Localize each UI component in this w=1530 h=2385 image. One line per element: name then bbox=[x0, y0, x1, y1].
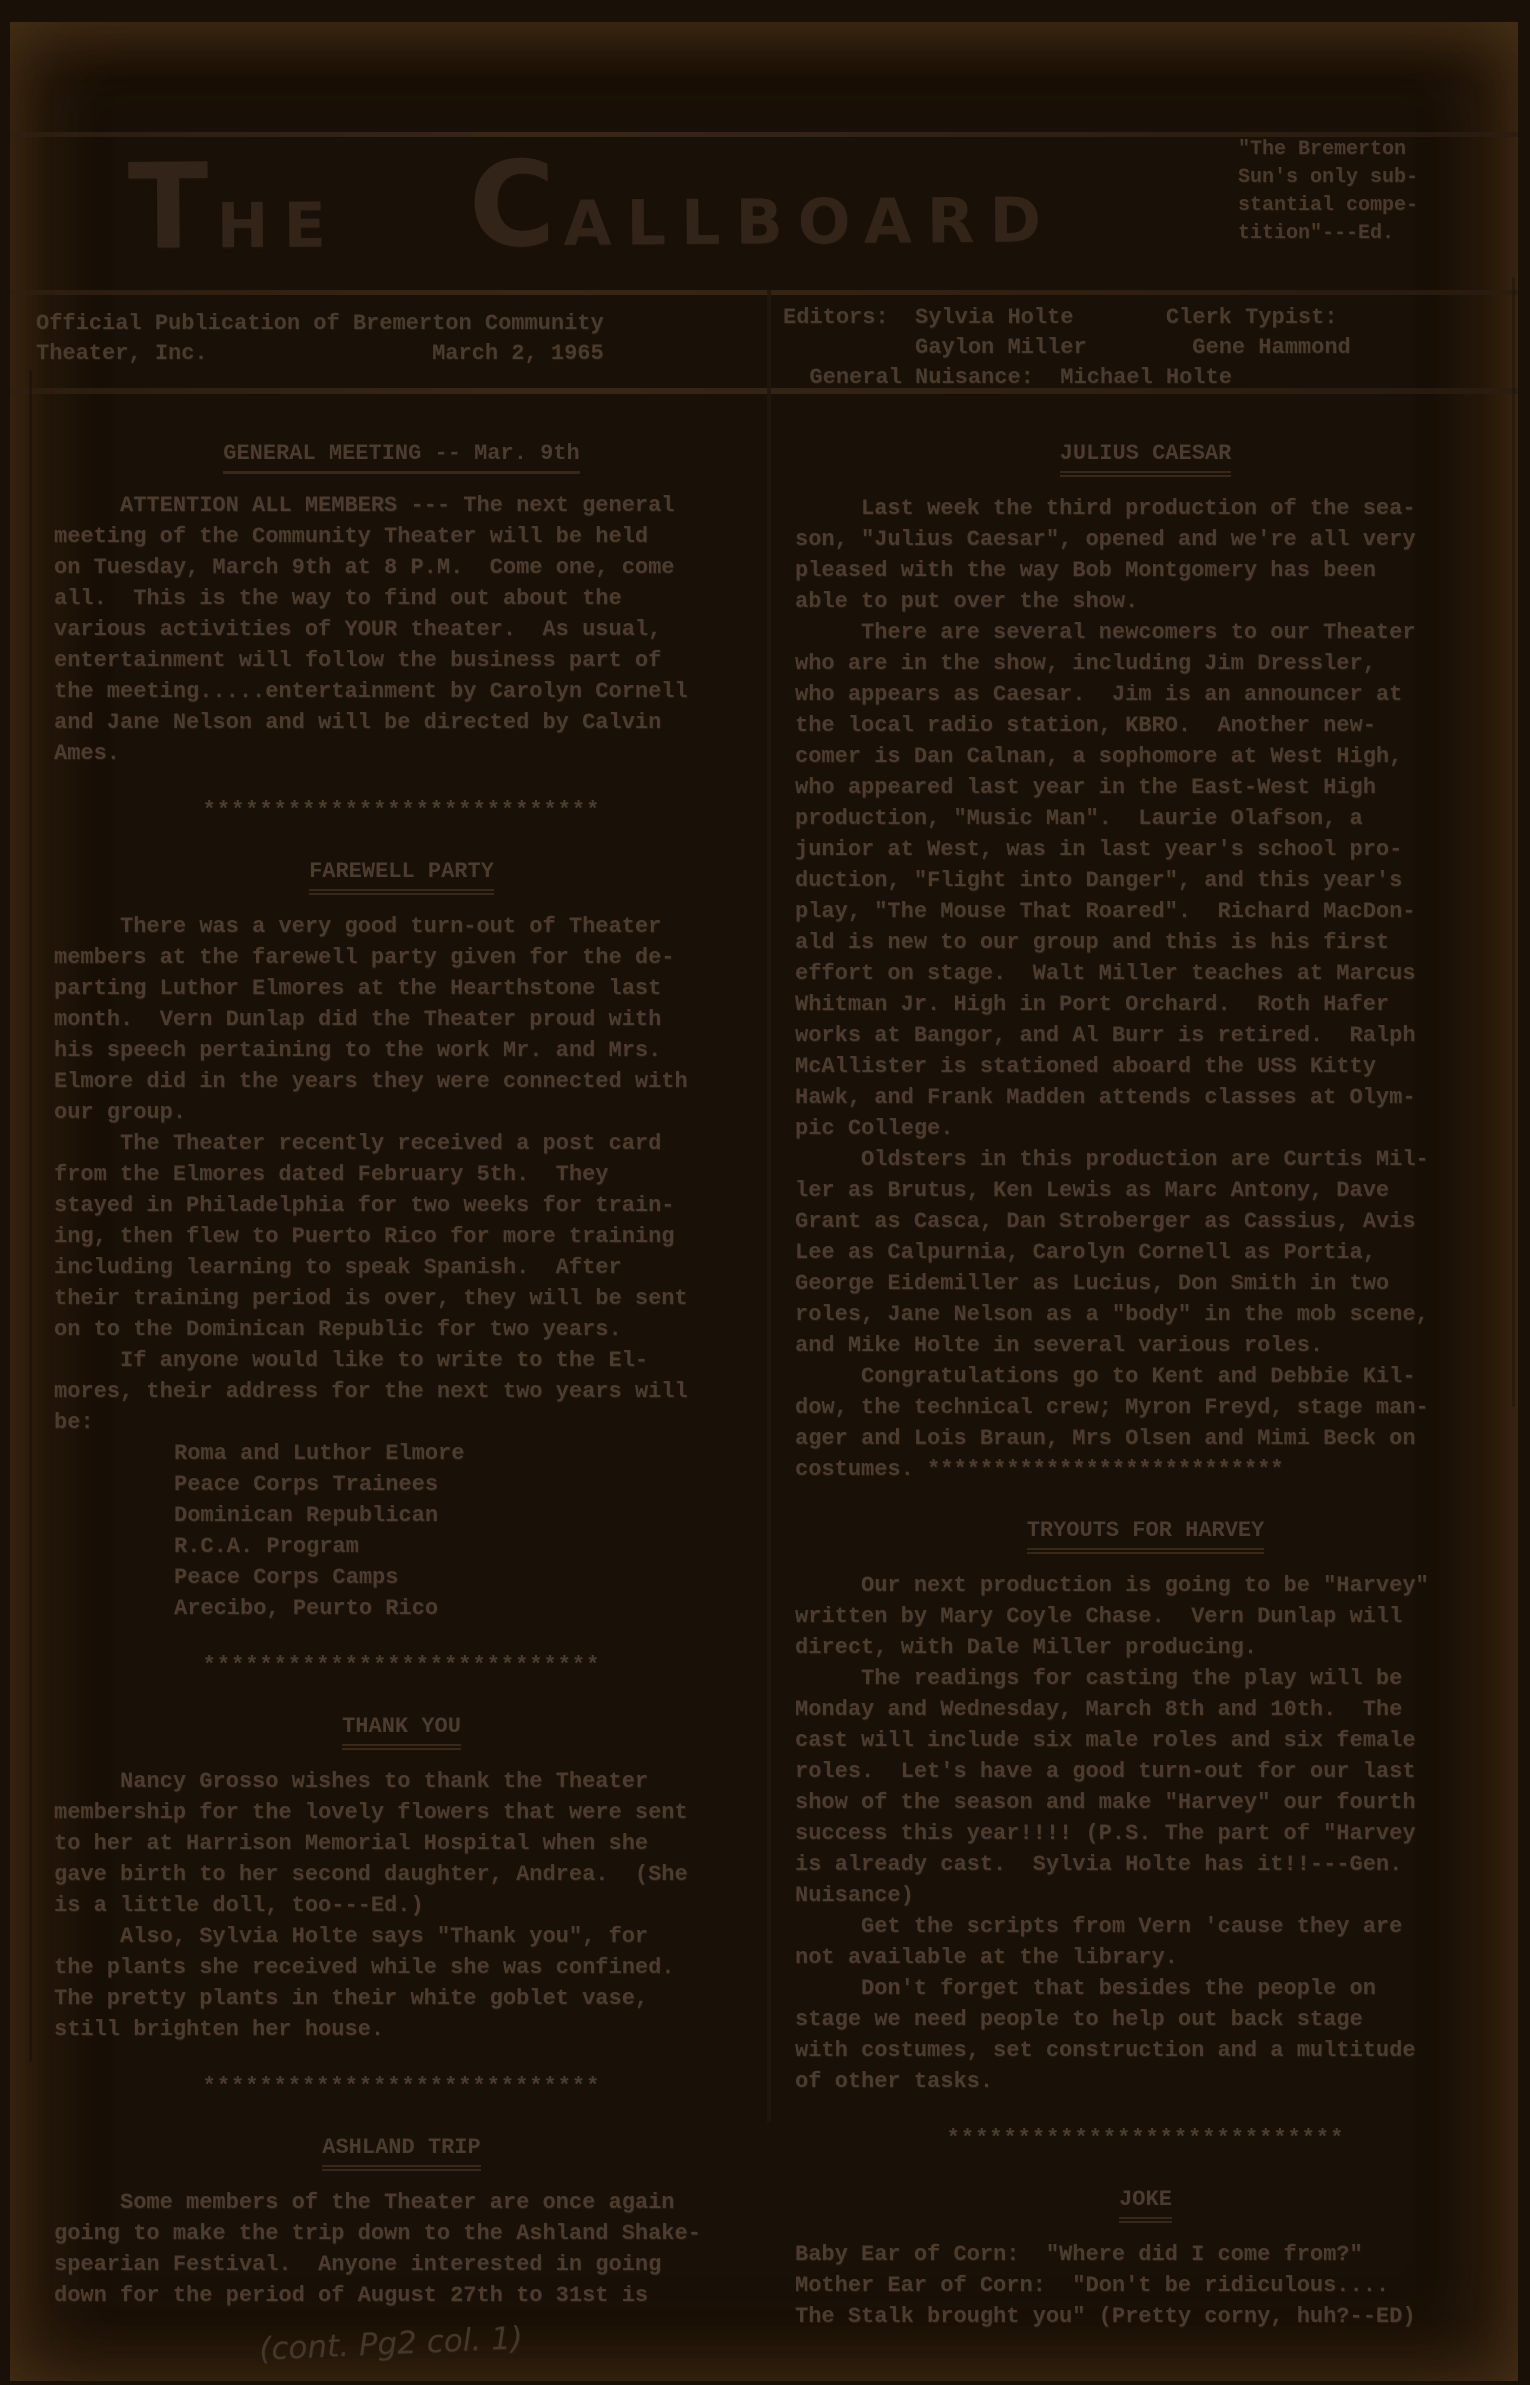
paragraph: Get the scripts from Vern 'cause they ar… bbox=[795, 1911, 1496, 1973]
section-heading: TRYOUTS FOR HARVEY bbox=[795, 1515, 1496, 1554]
tagline: "The Bremerton Sun's only sub- stantial … bbox=[1238, 136, 1456, 248]
page-right-edge-line bbox=[1512, 277, 1515, 1407]
asterisk-divider: **************************** bbox=[795, 2123, 1496, 2154]
handwritten-continuation-note: (cont. Pg2 col. 1) bbox=[258, 2310, 749, 2367]
paragraph: Our next production is going to be "Harv… bbox=[795, 1570, 1496, 1663]
asterisk-divider: **************************** bbox=[54, 795, 749, 826]
paragraph: Oldsters in this production are Curtis M… bbox=[795, 1144, 1496, 1361]
right-column: JULIUS CAESAR Last week the third produc… bbox=[767, 400, 1518, 2381]
title-word-callboard: CALLBOARD bbox=[469, 226, 1056, 249]
paragraph: There was a very good turn-out of Theate… bbox=[54, 911, 749, 1128]
section-heading: JULIUS CAESAR bbox=[795, 438, 1496, 477]
masthead-bottom-rule bbox=[10, 388, 1518, 394]
title-word-gap bbox=[341, 246, 469, 247]
section-ashland-trip: ASHLAND TRIP Some members of the Theater… bbox=[54, 2132, 749, 2357]
column-divider-rule bbox=[767, 290, 771, 2122]
newsletter-title: THECALLBOARD bbox=[128, 134, 1249, 272]
section-farewell-party: FAREWELL PARTY There was a very good tur… bbox=[54, 856, 749, 1624]
section-julius-caesar: JULIUS CAESAR Last week the third produc… bbox=[795, 438, 1496, 1485]
paragraph: The readings for casting the play will b… bbox=[795, 1663, 1496, 1911]
masthead-bar: Official Publication of Bremerton Commun… bbox=[10, 294, 1518, 388]
section-joke: JOKE Baby Ear of Corn: "Where did I come… bbox=[795, 2184, 1496, 2332]
left-column: GENERAL MEETING -- Mar. 9th ATTENTION AL… bbox=[10, 400, 767, 2381]
asterisk-divider: **************************** bbox=[54, 2071, 749, 2102]
paragraph: Nancy Grosso wishes to thank the Theater… bbox=[54, 1766, 749, 1921]
paragraph: Some members of the Theater are once aga… bbox=[54, 2187, 749, 2311]
section-thank-you: THANK YOU Nancy Grosso wishes to thank t… bbox=[54, 1711, 749, 2045]
paragraph: If anyone would like to write to the El-… bbox=[54, 1345, 749, 1438]
staff-credits: Editors: Sylvia Holte Clerk Typist: Gayl… bbox=[767, 294, 1518, 388]
body-columns: GENERAL MEETING -- Mar. 9th ATTENTION AL… bbox=[10, 400, 1518, 2381]
mailing-address: Roma and Luthor Elmore Peace Corps Train… bbox=[174, 1438, 749, 1624]
paragraph: Baby Ear of Corn: "Where did I come from… bbox=[795, 2239, 1496, 2332]
newsletter-page: THECALLBOARD "The Bremerton Sun's only s… bbox=[10, 22, 1518, 2381]
page-left-edge-line bbox=[29, 370, 32, 2062]
section-heading: ASHLAND TRIP bbox=[54, 2132, 749, 2171]
section-heading: JOKE bbox=[795, 2184, 1496, 2223]
publication-info: Official Publication of Bremerton Commun… bbox=[10, 294, 767, 388]
paragraph: The Theater recently received a post car… bbox=[54, 1128, 749, 1345]
paragraph: Also, Sylvia Holte says "Thank you", for… bbox=[54, 1921, 749, 2045]
paragraph: Don't forget that besides the people on … bbox=[795, 1973, 1496, 2097]
paragraph: ATTENTION ALL MEMBERS --- The next gener… bbox=[54, 490, 749, 769]
section-heading: GENERAL MEETING -- Mar. 9th bbox=[54, 438, 749, 474]
asterisk-divider: **************************** bbox=[54, 1650, 749, 1681]
title-word-the: THE bbox=[128, 231, 341, 251]
section-heading: THANK YOU bbox=[54, 1711, 749, 1750]
paragraph: Congratulations go to Kent and Debbie Ki… bbox=[795, 1361, 1496, 1485]
section-tryouts-for-harvey: TRYOUTS FOR HARVEY Our next production i… bbox=[795, 1515, 1496, 2097]
section-general-meeting: GENERAL MEETING -- Mar. 9th ATTENTION AL… bbox=[54, 438, 749, 769]
paragraph: Last week the third production of the se… bbox=[795, 493, 1496, 617]
paragraph: There are several newcomers to our Theat… bbox=[795, 617, 1496, 1144]
section-heading: FAREWELL PARTY bbox=[54, 856, 749, 895]
